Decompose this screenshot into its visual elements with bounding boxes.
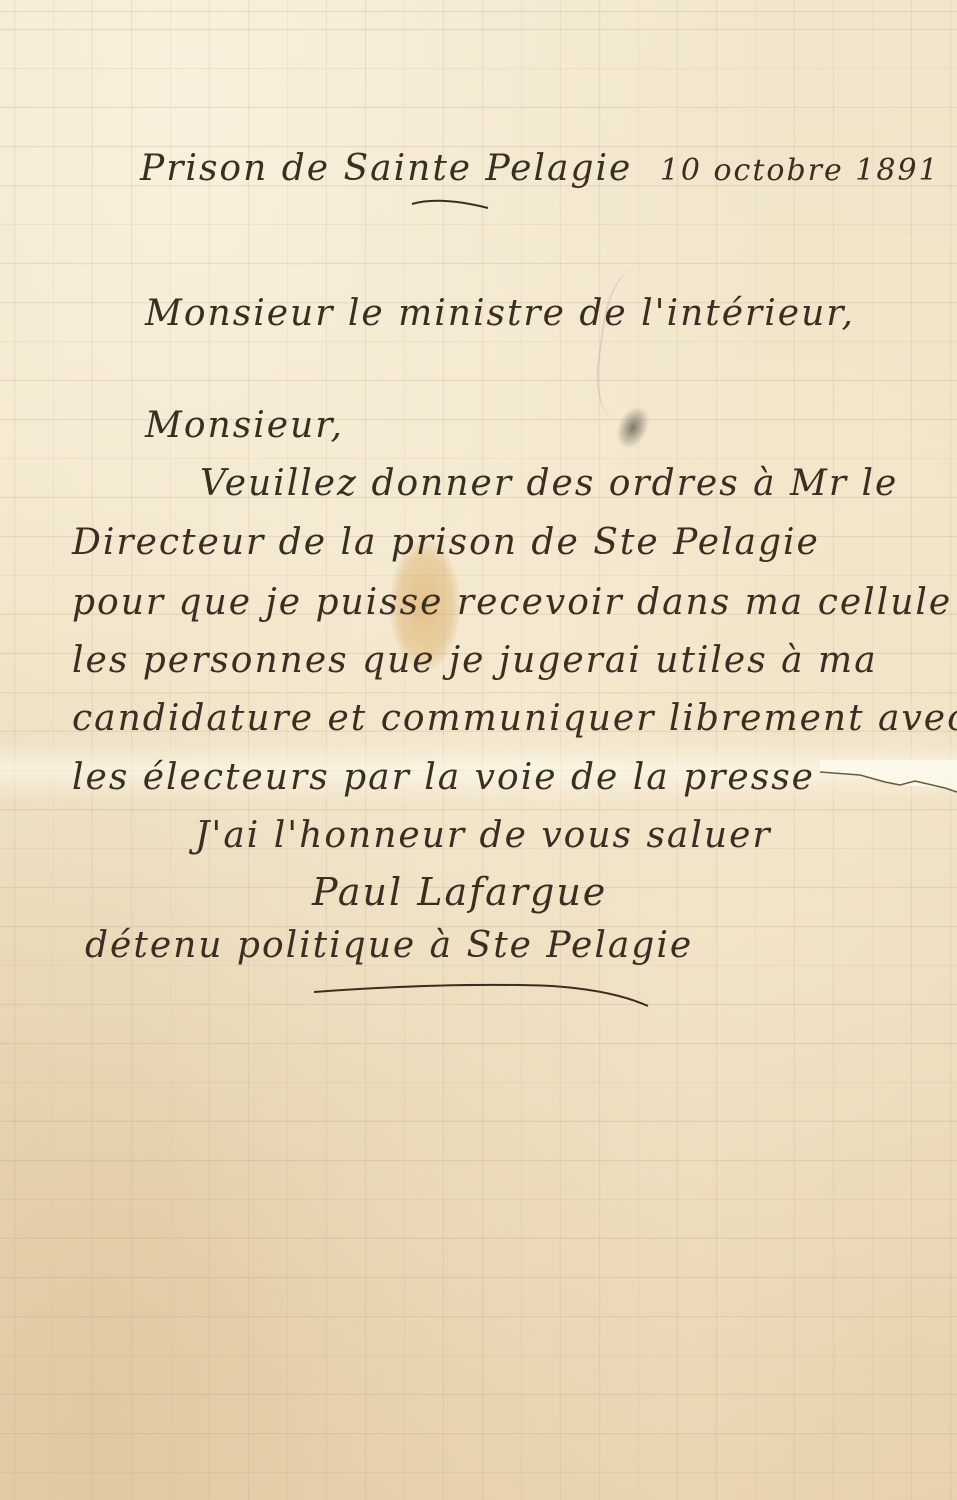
signature-title: détenu politique à Ste Pelagie <box>85 925 693 966</box>
closing: J'ai l'honneur de vous saluer <box>195 815 772 856</box>
signature: Paul Lafargue <box>312 870 607 914</box>
body-line-4: les personnes que je jugerai utiles à ma <box>72 640 878 681</box>
closing-flourish <box>312 982 652 1012</box>
heading-flourish <box>410 196 490 212</box>
body-line-3: pour que je puisse recevoir dans ma cell… <box>72 582 952 623</box>
heading-date: 10 octobre 1891 <box>660 153 940 188</box>
body-line-2: Directeur de la prison de Ste Pelagie <box>72 522 820 563</box>
body-line-5: candidature et communiquer librement ave… <box>72 698 957 739</box>
salutation: Monsieur, <box>145 405 344 446</box>
body-line-1: Veuillez donner des ordres à Mr le <box>200 463 898 504</box>
letter-heading: Prison de Sainte Pelagie 10 octobre 1891 <box>140 148 940 189</box>
heading-place: Prison de Sainte Pelagie <box>140 148 632 189</box>
letter-page: Prison de Sainte Pelagie 10 octobre 1891… <box>0 0 957 1500</box>
addressee: Monsieur le ministre de l'intérieur, <box>145 293 855 334</box>
tear-edge <box>820 760 957 800</box>
body-line-6: les électeurs par la voie de la presse <box>72 757 815 798</box>
pencil-mark <box>590 266 672 423</box>
